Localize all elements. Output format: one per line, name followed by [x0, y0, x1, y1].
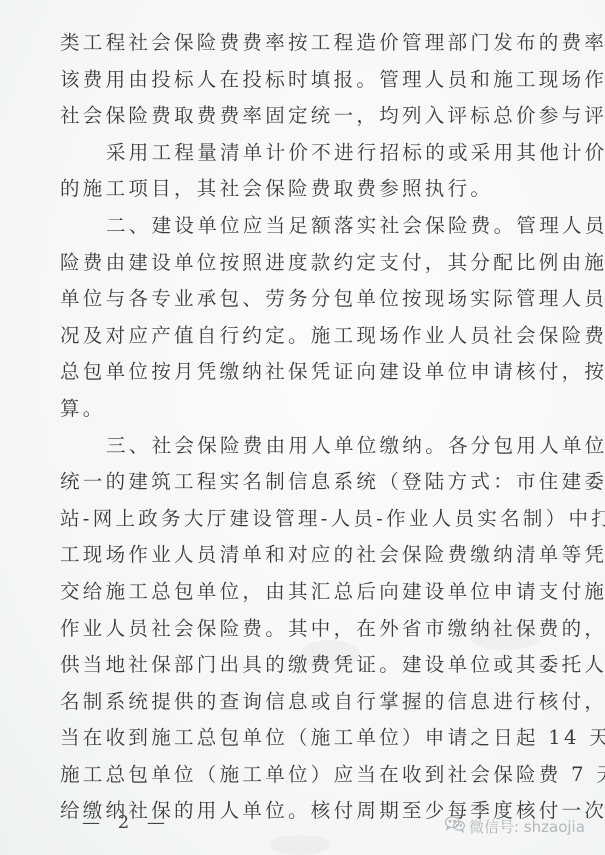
text-line: 工现场作业人员清单和对应的社会保险费缴纳清单等凭证提 — [60, 537, 562, 574]
text-line: 况及对应产值自行约定。施工现场作业人员社会保险费由施工 — [60, 318, 562, 355]
watermark-text: 微信号: shzaojia — [469, 816, 585, 837]
scanned-document-page: 类工程社会保险费费率按工程造价管理部门发布的费率计算， 该费用由投标人在投标时填… — [0, 0, 605, 855]
text-line: 名制系统提供的查询信息或自行掌握的信息进行核付，核付应 — [60, 684, 562, 721]
text-line: 的施工项目，其社会保险费取费参照执行。 — [60, 171, 562, 208]
text-line: 采用工程量清单计价不进行招标的或采用其他计价方式 — [60, 135, 562, 172]
text-line: 单位与各专业承包、劳务分包单位按现场实际管理人员投入情 — [60, 281, 562, 318]
text-line: 站-网上政务大厅建设管理-人员-作业人员实名制）中打印的施 — [60, 501, 562, 538]
text-line: 类工程社会保险费费率按工程造价管理部门发布的费率计算， — [60, 25, 562, 62]
text-line: 总包单位按月凭缴纳社保凭证向建设单位申请核付，按实结 — [60, 354, 562, 391]
wechat-watermark: 微信号: shzaojia — [444, 815, 585, 837]
text-line: 供当地社保部门出具的缴费凭证。建设单位或其委托人根据实 — [60, 647, 562, 684]
text-line: 交给施工总包单位，由其汇总后向建设单位申请支付施工现场 — [60, 574, 562, 611]
text-line: 作业人员社会保险费。其中，在外省市缴纳社保费的，必须提 — [60, 611, 562, 648]
text-line: 施工总包单位（施工单位）应当在收到社会保险费 7 天内支付 — [60, 757, 562, 794]
document-body: 类工程社会保险费费率按工程造价管理部门发布的费率计算， 该费用由投标人在投标时填… — [60, 25, 562, 830]
text-line: 该费用由投标人在投标时填报。管理人员和施工现场作业人员 — [60, 62, 562, 99]
text-line: 统一的建筑工程实名制信息系统（登陆方式：市住建委官方网 — [60, 464, 562, 501]
page-number: — 2 — — [82, 812, 171, 833]
text-line: 当在收到施工总包单位（施工单位）申请之日起 14 天内完成。 — [60, 720, 562, 757]
scan-smudge — [270, 835, 330, 855]
wechat-icon — [444, 815, 466, 837]
text-line: 社会保险费取费费率固定统一，均列入评标总价参与评标。 — [60, 98, 562, 135]
section-two-heading-line: 二、建设单位应当足额落实社会保险费。管理人员社会保 — [60, 208, 562, 245]
section-three-heading-line: 三、社会保险费由用人单位缴纳。各分包用人单位将本市 — [60, 428, 562, 465]
text-line: 算。 — [60, 391, 562, 428]
text-line: 险费由建设单位按照进度款约定支付，其分配比例由施工总包 — [60, 245, 562, 282]
